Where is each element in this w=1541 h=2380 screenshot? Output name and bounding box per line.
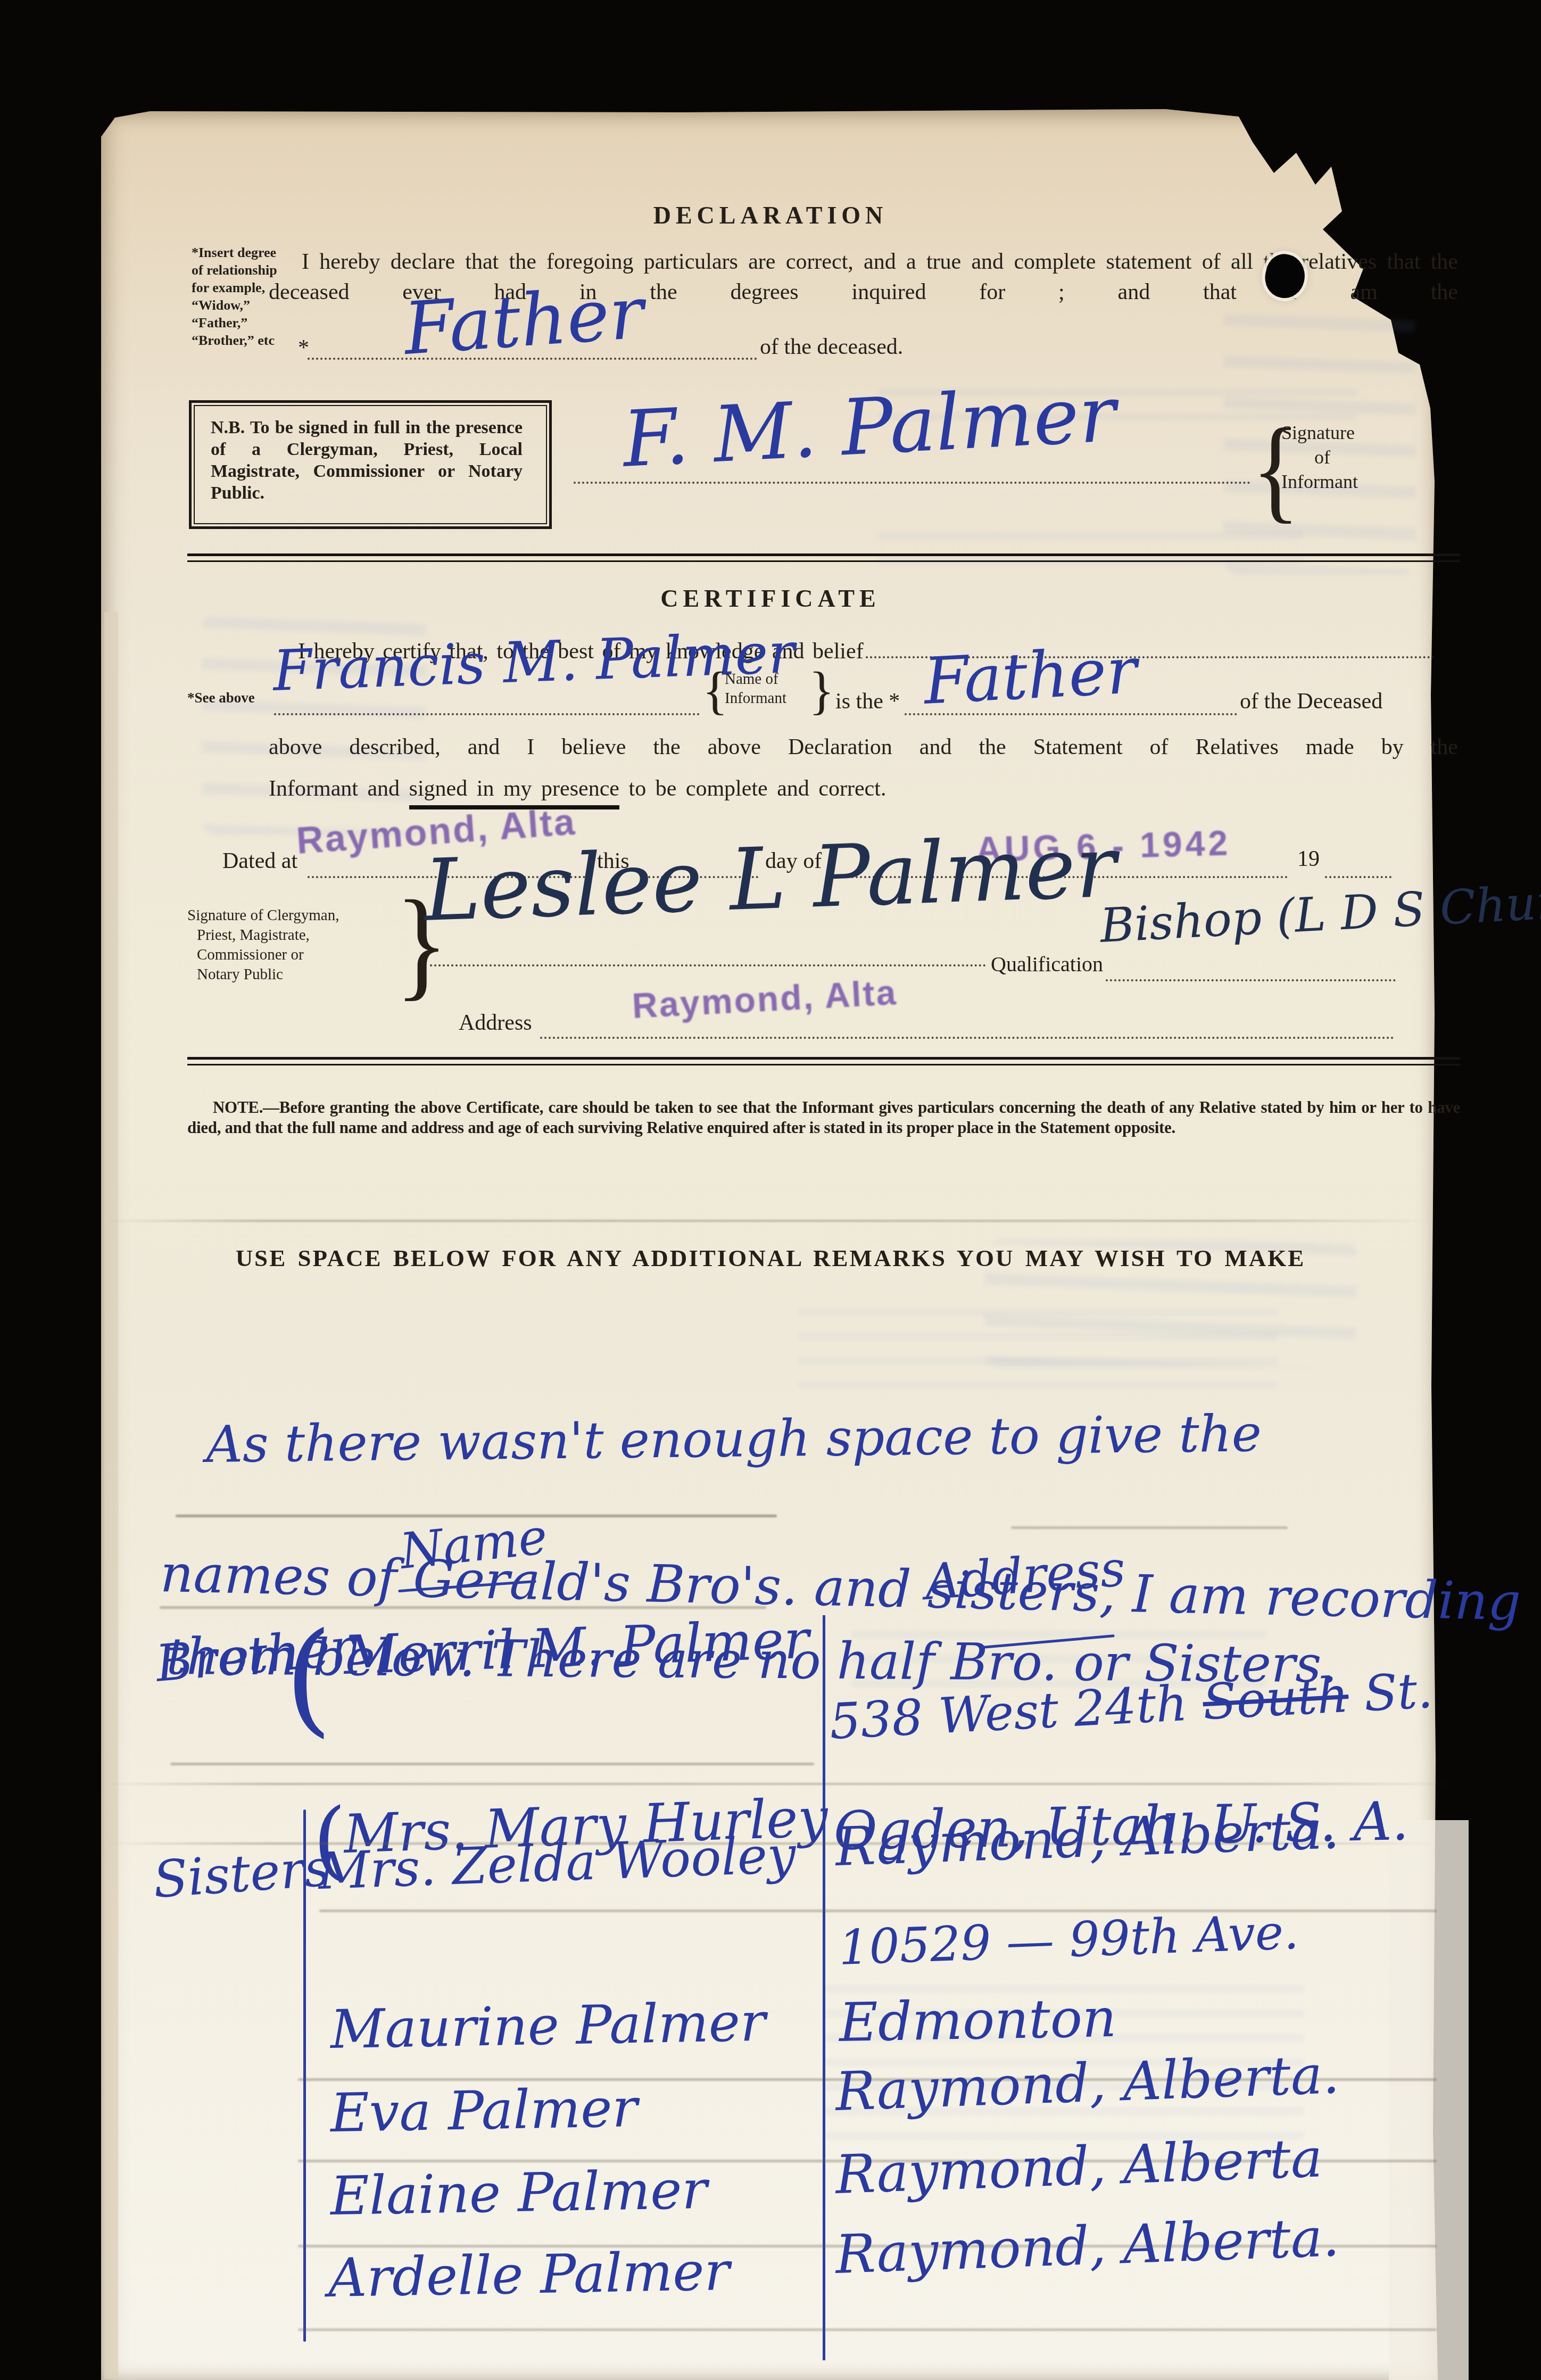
clergy-label-line: Notary Public	[187, 965, 400, 985]
margin-note-line: “Father,”	[192, 314, 314, 332]
name-of-informant-brace-right: }	[809, 664, 834, 717]
is-the-label: is the *	[835, 689, 900, 714]
relationship-asterisk: *	[298, 335, 309, 361]
qualification-label: Qualification	[991, 952, 1103, 977]
dated-at-label: Dated at	[222, 848, 297, 874]
of-deceased-label: of the deceased.	[760, 334, 903, 360]
name-of-line: Name of	[725, 670, 786, 689]
relative-name-maurine: Maurine Palmer	[330, 1991, 766, 2061]
certificate-line2: above described, and I believe the above…	[269, 734, 1458, 760]
handwritten-relationship: Father	[401, 271, 646, 371]
page-stack-edge	[104, 612, 118, 2379]
informant-signature-label: Signature of Informant	[1281, 420, 1441, 494]
brother-brace: (	[285, 1607, 333, 1749]
section-divider	[187, 1057, 1460, 1065]
fold-crease	[104, 1783, 1466, 1785]
address-struck-word: South	[1202, 1666, 1350, 1731]
nb-box: N.B. To be signed in full in the presenc…	[189, 400, 552, 529]
relative-address-maurine-line2: Edmonton	[839, 1987, 1117, 2054]
margin-note-line: “Brother,” etc	[192, 332, 314, 349]
relative-name-ardelle: Ardelle Palmer	[328, 2240, 730, 2309]
remarks-line-1: As there wasn't enough space to give the	[206, 1404, 1262, 1474]
signature-label-line: Informant	[1281, 469, 1441, 494]
declaration-title: DECLARATION	[0, 201, 1541, 229]
note-paragraph: NOTE.—Before granting the above Certific…	[187, 1097, 1460, 1138]
qualification-line	[1106, 979, 1396, 981]
signature-label-line: Signature	[1281, 420, 1441, 445]
certificate-line3: Informant and signed in my presence to b…	[269, 776, 886, 801]
pencil-line	[298, 2328, 1437, 2331]
address-label: Address	[459, 1010, 532, 1036]
name-of-line: Informant	[725, 689, 786, 708]
fold-crease	[104, 1220, 1434, 1222]
sisters-bracket-line	[303, 1809, 306, 2342]
see-above-note: *See above	[187, 690, 255, 706]
year-line	[1325, 876, 1391, 878]
signature-label-line: of	[1281, 445, 1441, 469]
pencil-line	[160, 1606, 766, 1609]
clergy-signature-label: Signature of Clergyman, Priest, Magistra…	[187, 906, 400, 985]
remarks-heading: USE SPACE BELOW FOR ANY ADDITIONAL REMAR…	[0, 1244, 1541, 1272]
clergy-label-line: Signature of Clergyman,	[187, 906, 400, 925]
pencil-line	[170, 1763, 814, 1765]
address-line	[540, 1037, 1394, 1039]
clergy-label-line: Commissioner or	[187, 945, 400, 965]
nb-box-text: N.B. To be signed in full in the presenc…	[211, 417, 523, 504]
year-label: 19	[1297, 846, 1320, 872]
photograph-stage: DECLARATION *Insert degree of relationsh…	[0, 0, 1541, 2380]
relative-name-elaine: Elaine Palmer	[330, 2159, 708, 2227]
certificate-title: CERTIFICATE	[0, 584, 1541, 613]
underlying-page-edge	[1389, 1820, 1469, 2380]
line3-post: to be complete and correct.	[619, 776, 886, 801]
handwritten-certificate-relationship: Father	[922, 634, 1139, 719]
name-of-informant-brace-left: {	[702, 664, 728, 717]
pencil-line	[1011, 1526, 1288, 1529]
name-of-informant-label: Name of Informant	[725, 670, 786, 708]
of-the-deceased-label: of the Deceased	[1240, 689, 1382, 714]
relative-name-eva: Eva Palmer	[330, 2077, 638, 2144]
column-divider-line	[823, 1615, 825, 2360]
address-post: St.	[1347, 1662, 1434, 1723]
clergy-label-line: Priest, Magistrate,	[187, 925, 400, 945]
line3-pre: Informant and	[269, 776, 409, 801]
section-divider	[187, 553, 1460, 562]
clergy-signature-line	[430, 964, 986, 966]
informant-name-line	[274, 713, 700, 715]
